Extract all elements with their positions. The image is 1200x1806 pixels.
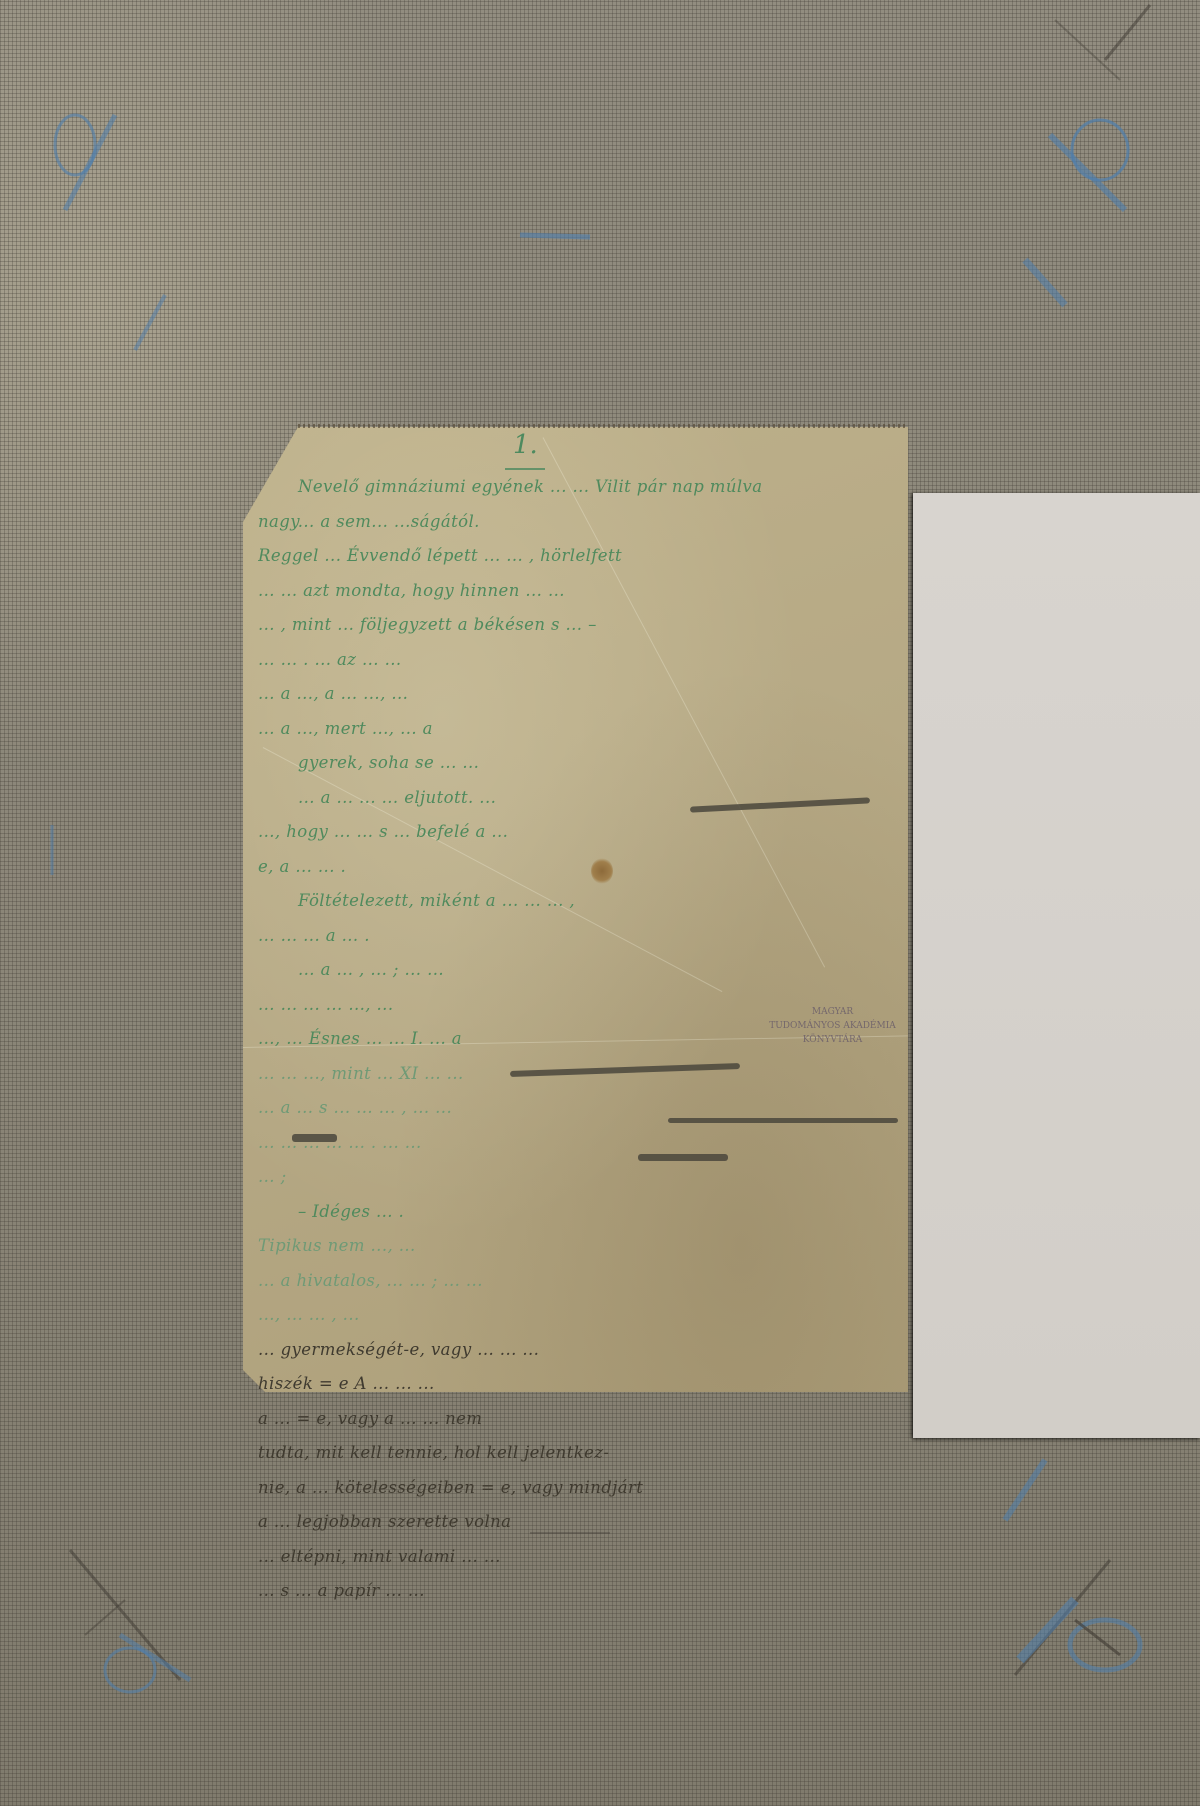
- manuscript-line: e, a ... ... .: [258, 850, 903, 885]
- manuscript-line: nie, a ... kötelességeiben = e, vagy min…: [258, 1471, 903, 1506]
- manuscript-line: ... a ... , ... ; ... ...: [258, 953, 903, 988]
- manuscript-line: Nevelő gimnáziumi egyének ... ... Vilit …: [258, 470, 903, 505]
- manuscript-line: ... gyermekségét-e, vagy ... ... ...: [258, 1333, 903, 1368]
- manuscript-line: gyerek, soha se ... ...: [258, 746, 903, 781]
- manuscript-line: ... eltépni, mint valami ... ...: [258, 1540, 903, 1575]
- paper-stain: [591, 858, 613, 884]
- left-pencil-mark-icon: [125, 290, 175, 360]
- manuscript-line: tudta, mit kell tennie, hol kell jelentk…: [258, 1436, 903, 1471]
- manuscript-line: a ... = e, vagy a ... ... nem: [258, 1402, 903, 1437]
- manuscript-line: ... a hivatalos, ... ... ; ... ...: [258, 1264, 903, 1299]
- manuscript-line: ... ... ... ... ... . ... ...: [258, 1126, 903, 1161]
- manuscript-line: hiszék = e A ... ... ...: [258, 1367, 903, 1402]
- bottom-right-pencil-mark-icon: [990, 1440, 1170, 1700]
- page-number: 1.: [513, 430, 538, 460]
- mounting-board: 1. Nevelő gimnáziumi egyének ... ... Vil…: [0, 0, 1200, 1806]
- top-right-pencil-mark-icon: [1010, 0, 1190, 320]
- manuscript-line: Föltételezett, miként a ... ... ... ,: [258, 884, 903, 919]
- manuscript-line: ... a ..., mert ..., ... a: [258, 712, 903, 747]
- strikethrough-mark: [638, 1154, 728, 1161]
- manuscript-line: ... ... ... a ... .: [258, 919, 903, 954]
- left-mid-pencil-mark-icon: [42, 820, 62, 880]
- manuscript-line: a ... legjobban szerette volna: [258, 1505, 903, 1540]
- library-stamp: MAGYAR TUDOMÁNYOS AKADÉMIA KÖNYVTÁRA: [765, 1005, 900, 1065]
- manuscript-line: ... ... azt mondta, hogy hinnen ... ...: [258, 574, 903, 609]
- manuscript-line: ... , mint ... följegyzett a békésen s .…: [258, 608, 903, 643]
- center-top-pencil-mark-icon: [515, 225, 595, 245]
- stamp-line-1: MAGYAR: [765, 1005, 900, 1019]
- perforated-top-edge: [298, 424, 908, 428]
- blank-card: [913, 493, 1200, 1438]
- manuscript-line: Tipikus nem ..., ...: [258, 1229, 903, 1264]
- strikethrough-mark: [668, 1118, 898, 1123]
- manuscript-line: ..., ... ... , ...: [258, 1298, 903, 1333]
- manuscript-line: ... a ..., a ... ..., ...: [258, 677, 903, 712]
- manuscript-line: – Idéges ... .: [258, 1195, 903, 1230]
- manuscript-line: ... a ... ... ... eljutott. ...: [258, 781, 903, 816]
- manuscript-line: ... ;: [258, 1160, 903, 1195]
- strikethrough-mark: [292, 1134, 337, 1142]
- bottom-left-pencil-mark-icon: [50, 1520, 200, 1700]
- stamp-line-3: KÖNYVTÁRA: [765, 1033, 900, 1047]
- manuscript-line: ... s ... a papír ... ...: [258, 1574, 903, 1609]
- manuscript-line: ..., hogy ... ... s ... befelé a ...: [258, 815, 903, 850]
- manuscript-line: Reggel ... Évvendő lépett ... ... , hörl…: [258, 539, 903, 574]
- manuscript-line: ... ... . ... az ... ...: [258, 643, 903, 678]
- stamp-line-2: TUDOMÁNYOS AKADÉMIA: [765, 1019, 900, 1033]
- top-left-pencil-mark-icon: [40, 100, 130, 220]
- manuscript-line: nagy... a sem... ...ságától.: [258, 505, 903, 540]
